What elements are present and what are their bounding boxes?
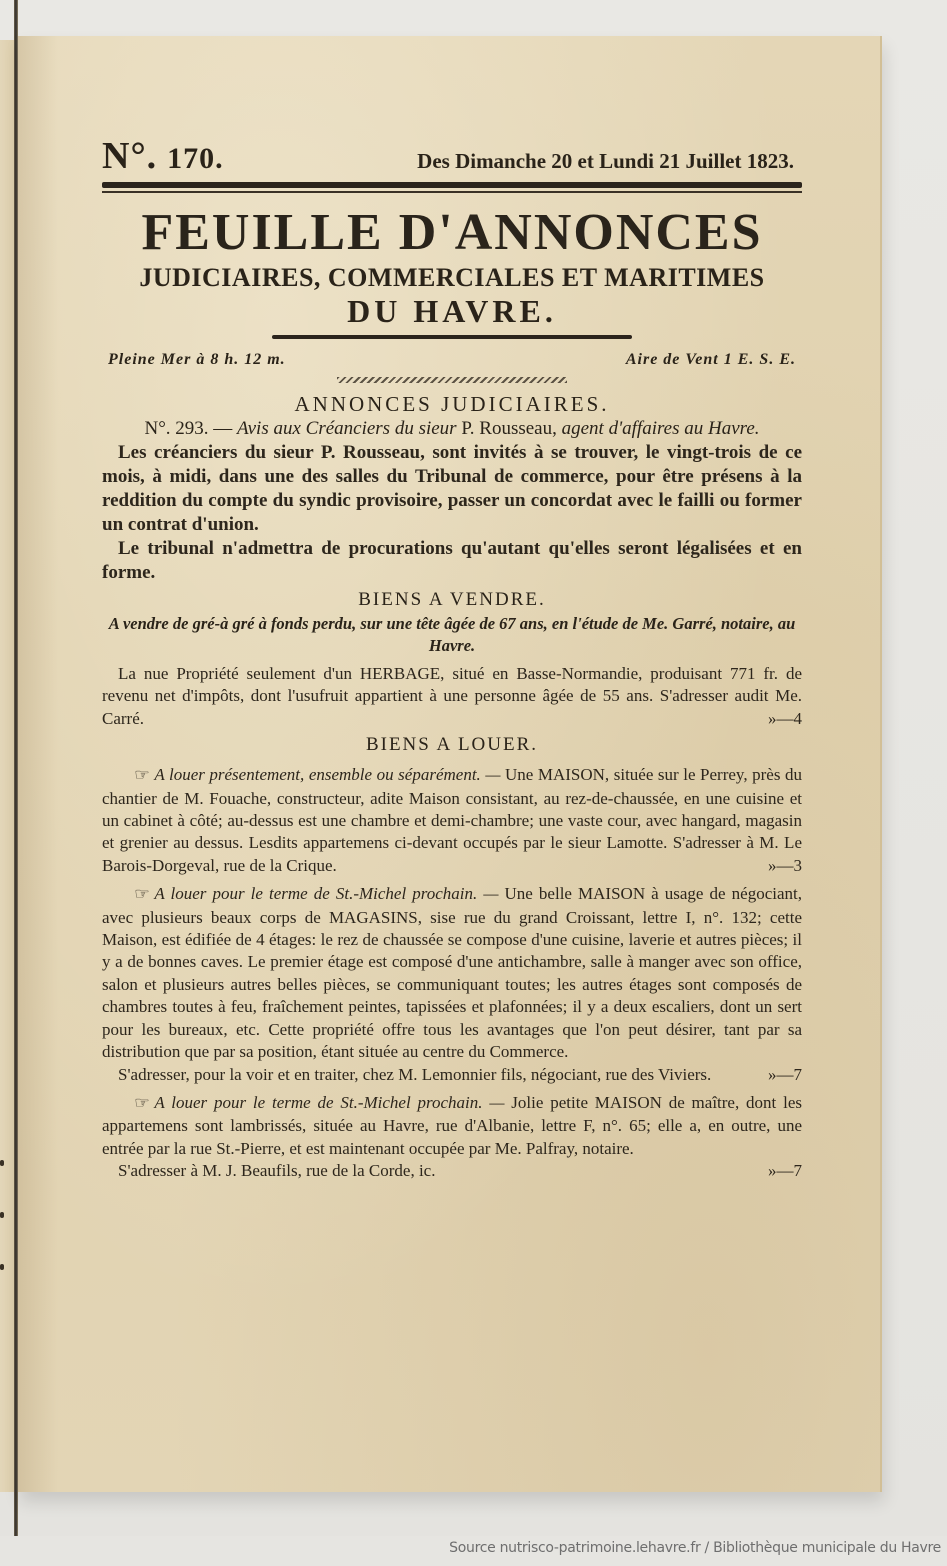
notice-number: N°. 293. —	[144, 418, 232, 439]
newspaper-title: FEUILLE D'ANNONCES	[102, 205, 802, 261]
rental-text: Une belle MAISON à usage de négociant, a…	[102, 884, 802, 1061]
issue-line: N°.170. Des Dimanche 20 et Lundi 21 Juil…	[102, 134, 802, 174]
newspaper-subtitle: JUDICIAIRES, COMMERCIALES ET MARITIMES	[102, 263, 802, 293]
notice-heading: N°. 293. — Avis aux Créanciers du sieur …	[102, 417, 802, 441]
rental-intro: A louer pour le terme de St.-Michel proc…	[154, 1093, 504, 1112]
rental-notice-3-contact: S'adresser à M. J. Beaufils, rue de la C…	[102, 1160, 802, 1182]
section-heading-annonces-judiciaires: ANNONCES JUDICIAIRES.	[102, 391, 802, 417]
notice-title-name: P. Rousseau,	[461, 418, 557, 439]
sale-intro: A vendre de gré-à gré à fonds perdu, sur…	[102, 613, 802, 657]
page-content: N°.170. Des Dimanche 20 et Lundi 21 Juil…	[102, 134, 802, 1183]
issue-date: Des Dimanche 20 et Lundi 21 Juillet 1823…	[417, 149, 794, 174]
rental-notice-1: ☞A louer présentement, ensemble ou sépar…	[102, 764, 802, 877]
tide-info: Pleine Mer à 8 h. 12 m.	[108, 351, 286, 369]
previous-page-ink-marks	[0, 1160, 6, 1270]
rental-contact: S'adresser à M. J. Beaufils, rue de la C…	[118, 1161, 435, 1180]
section-heading-biens-a-louer: BIENS A LOUER.	[102, 732, 802, 758]
issue-prefix: N°.	[102, 135, 157, 177]
rental-intro: A louer pour le terme de St.-Michel proc…	[154, 884, 498, 903]
pointing-hand-icon: ☞	[116, 1093, 149, 1115]
notice-paragraph: Le tribunal n'admettra de procurations q…	[102, 537, 802, 585]
newspaper-page: N°.170. Des Dimanche 20 et Lundi 21 Juil…	[18, 36, 882, 1492]
source-credit: Source nutrisco-patrimoine.lehavre.fr / …	[449, 1540, 941, 1556]
section-heading-biens-a-vendre: BIENS A VENDRE.	[102, 587, 802, 613]
tide-wind-line: Pleine Mer à 8 h. 12 m. Aire de Vent 1 E…	[102, 351, 802, 369]
insertion-ref: »—7	[752, 1064, 802, 1086]
notice-paragraph: Les créanciers du sieur P. Rousseau, son…	[102, 441, 802, 537]
rental-notice-2: ☞A louer pour le terme de St.-Michel pro…	[102, 883, 802, 1063]
insertion-ref: »—4	[752, 708, 802, 730]
newspaper-city: DU HAVRE.	[102, 293, 802, 329]
insertion-ref: »—7	[752, 1160, 802, 1182]
rental-notice-2-contact: S'adresser, pour la voir et en traiter, …	[102, 1064, 802, 1086]
title-rule	[272, 335, 632, 339]
sale-paragraph: La nue Propriété seulement d'un HERBAGE,…	[102, 663, 802, 730]
rental-contact: S'adresser, pour la voir et en traiter, …	[118, 1065, 711, 1084]
pointing-hand-icon: ☞	[116, 765, 149, 787]
notice-title-tail: agent d'affaires au Havre.	[562, 418, 760, 439]
wind-info: Aire de Vent 1 E. S. E.	[626, 351, 796, 369]
sale-text: La nue Propriété seulement d'un HERBAGE,…	[102, 664, 802, 728]
notice-title-italic: Avis aux Créanciers du sieur	[237, 418, 457, 439]
issue-number: N°.170.	[102, 134, 224, 178]
insertion-ref: »—3	[752, 855, 802, 877]
masthead-rule-thin	[102, 191, 802, 193]
masthead-rule-thick	[102, 182, 802, 188]
rental-intro: A louer présentement, ensemble ou séparé…	[154, 765, 500, 784]
pointing-hand-icon: ☞	[116, 884, 149, 906]
issue-number-value: 170.	[167, 142, 224, 175]
wavy-ornament-rule	[337, 377, 567, 383]
rental-notice-3: ☞A louer pour le terme de St.-Michel pro…	[102, 1092, 802, 1160]
